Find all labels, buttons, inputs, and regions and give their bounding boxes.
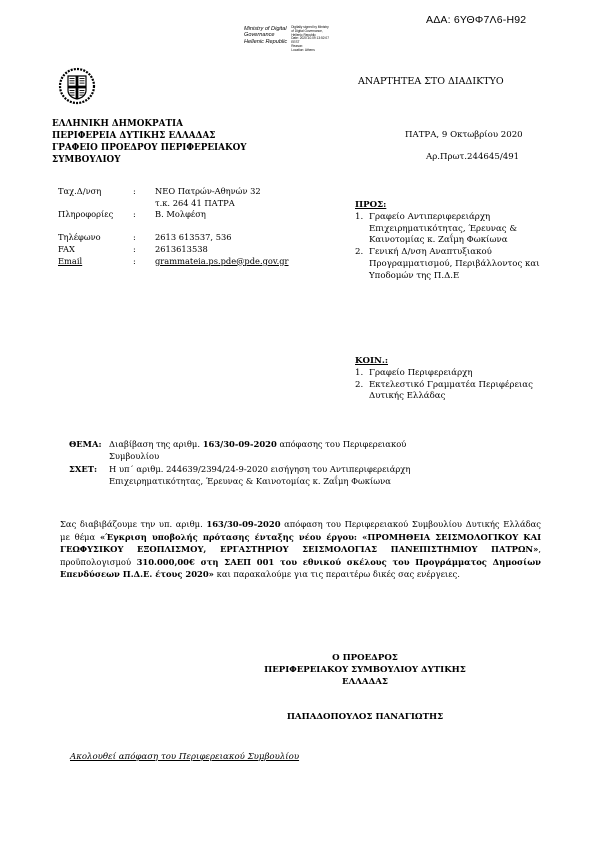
subject-row: ΘΕΜΑ: Διαβίβαση της αριθμ. 163/30-09-202… <box>69 438 410 450</box>
recipient-text: Γραφείο Αντιπεριφερειάρχη Επιχειρηματικό… <box>369 212 549 247</box>
signatory-title: Ο ΠΡΟΕΔΡΟΣ ΠΕΡΙΦΕΡΕΙΑΚΟΥ ΣΥΜΒΟΥΛΙΟΥ ΔΥΤΙ… <box>180 652 550 688</box>
postal-row: τ.κ. 264 41 ΠΑΤΡΑ <box>58 198 289 210</box>
issuer-line: Hellenic Republic <box>244 39 287 45</box>
info-row: Πληροφορίες : Β. Μολφέση <box>58 209 289 221</box>
body-text: και παρακαλούμε για τις περαιτέρω δικές … <box>214 569 460 579</box>
publish-online-note: ΑΝΑΡΤΗΤΕΑ ΣΤΟ ΔΙΑΔΙΚΤΥΟ <box>358 76 504 87</box>
protocol-number: Αρ.Πρωτ.244645/491 <box>426 152 519 162</box>
org-line: ΓΡΑΦΕΙΟ ΠΡΟΕΔΡΟΥ ΠΕΡΙΦΕΡΕΙΑΚΟΥ <box>52 142 247 154</box>
issuing-organization: ΕΛΛΗΝΙΚΗ ΔΗΜΟΚΡΑΤΙΑ ΠΕΡΙΦΕΡΕΙΑ ΔΥΤΙΚΗΣ Ε… <box>52 118 247 166</box>
phone-label: Τηλέφωνο <box>58 232 133 244</box>
org-line: ΕΛΛΗΝΙΚΗ ΔΗΜΟΚΡΑΤΙΑ <box>52 118 247 130</box>
reference-text: Η υπ΄ αριθμ. 244639/2394/24-9-2020 εισήγ… <box>109 463 410 475</box>
postal-value: τ.κ. 264 41 ΠΑΤΡΑ <box>155 198 235 210</box>
org-line: ΠΕΡΙΦΕΡΕΙΑ ΔΥΤΙΚΗΣ ΕΛΛΑΔΑΣ <box>52 130 247 142</box>
decision-number: 163/30-09-2020 <box>203 439 277 449</box>
recipients-list: ΠΡΟΣ: 1. Γραφείο Αντιπεριφερειάρχη Επιχε… <box>355 200 549 283</box>
fax-row: FAX : 2613613538 <box>58 244 289 256</box>
detail-line: Location: Athens <box>291 49 329 53</box>
cc-list: ΚΟΙΝ.: 1. Γραφείο Περιφερειάρχη 2. Εκτελ… <box>355 356 554 403</box>
ada-code: ΑΔΑ: 6ΥΘΦ7Λ6-Η92 <box>426 14 526 26</box>
cc-heading: ΚΟΙΝ.: <box>355 356 554 368</box>
fax-value: 2613613538 <box>155 244 208 256</box>
recipients-heading: ΠΡΟΣ: <box>355 200 549 212</box>
cc-item: 1. Γραφείο Περιφερειάρχη <box>355 368 554 380</box>
info-value: Β. Μολφέση <box>155 209 206 221</box>
separator: : <box>133 186 155 198</box>
greek-coat-of-arms-icon <box>58 66 96 106</box>
subject-label: ΘΕΜΑ: <box>69 438 109 450</box>
phone-row: Τηλέφωνο : 2613 613537, 536 <box>58 232 289 244</box>
signature-details: Digitally signed by Ministry of Digital … <box>291 26 329 53</box>
email-label: Email <box>58 256 133 268</box>
reference-row: ΣΧΕΤ: Η υπ΄ αριθμ. 244639/2394/24-9-2020… <box>69 463 410 475</box>
title-line: Ο ΠΡΟΕΔΡΟΣ <box>180 652 550 664</box>
body-text: Σας διαβιβάζουμε την υπ. αριθμ. <box>60 519 206 529</box>
item-number: 1. <box>355 212 369 247</box>
signature-issuer: Ministry of Digital Governance Hellenic … <box>244 26 287 53</box>
title-line: ΕΛΛΑΔΑΣ <box>180 676 550 688</box>
email-row: Email : grammateia.ps.pde@pde.gov.gr <box>58 256 289 268</box>
decision-number: 163/30-09-2020 <box>206 519 280 529</box>
subject-text: απόφασης του Περιφερειακού <box>277 439 407 449</box>
org-line: ΣΥΜΒΟΥΛΙΟΥ <box>52 154 247 166</box>
subject-text: Διαβίβαση της αριθμ. <box>109 439 203 449</box>
cc-text: Γραφείο Περιφερειάρχη <box>369 368 554 380</box>
separator: : <box>133 209 155 221</box>
title-line: ΠΕΡΙΦΕΡΕΙΑΚΟΥ ΣΥΜΒΟΥΛΙΟΥ ΔΥΤΙΚΗΣ <box>180 664 550 676</box>
body-paragraph: Σας διαβιβάζουμε την υπ. αριθμ. 163/30-0… <box>60 518 541 581</box>
address-label: Ταχ.Δ/νση <box>58 186 133 198</box>
reference-continuation: Επιχειρηματικότητας, Έρευνας & Καινοτομί… <box>69 475 410 487</box>
cc-item: 2. Εκτελεστικό Γραμματέα Περιφέρειας Δυτ… <box>355 380 554 404</box>
separator: : <box>133 232 155 244</box>
cc-text: Εκτελεστικό Γραμματέα Περιφέρειας Δυτική… <box>369 380 544 404</box>
attachment-note: Ακολουθεί απόφαση του Περιφερειακού Συμβ… <box>70 752 299 762</box>
item-number: 1. <box>355 368 369 380</box>
address-row: Ταχ.Δ/νση : ΝΕΟ Πατρών-Αθηνών 32 <box>58 186 289 198</box>
recipient-item: 1. Γραφείο Αντιπεριφερειάρχη Επιχειρηματ… <box>355 212 549 247</box>
document-date: ΠΑΤΡΑ, 9 Οκτωβρίου 2020 <box>405 130 523 140</box>
email-link[interactable]: grammateia.ps.pde@pde.gov.gr <box>155 256 289 268</box>
subject-block: ΘΕΜΑ: Διαβίβαση της αριθμ. 163/30-09-202… <box>69 438 410 488</box>
item-number: 2. <box>355 380 369 404</box>
contact-details: Ταχ.Δ/νση : ΝΕΟ Πατρών-Αθηνών 32 τ.κ. 26… <box>58 186 289 267</box>
fax-label: FAX <box>58 244 133 256</box>
address-value: ΝΕΟ Πατρών-Αθηνών 32 <box>155 186 261 198</box>
recipient-text: Γενική Δ/νση Αναπτυξιακού Προγραμματισμο… <box>369 247 549 282</box>
recipient-item: 2. Γενική Δ/νση Αναπτυξιακού Προγραμματι… <box>355 247 549 282</box>
separator: : <box>133 244 155 256</box>
project-title: «Έγκριση υποβολής πρότασης ένταξης νέου … <box>60 532 541 555</box>
digital-signature-stamp: Ministry of Digital Governance Hellenic … <box>244 26 329 53</box>
reference-label: ΣΧΕΤ: <box>69 463 109 475</box>
item-number: 2. <box>355 247 369 282</box>
separator: : <box>133 256 155 268</box>
signatory-name: ΠΑΠΑΔΟΠΟΥΛΟΣ ΠΑΝΑΓΙΩΤΗΣ <box>180 712 550 722</box>
info-label: Πληροφορίες <box>58 209 133 221</box>
phone-value: 2613 613537, 536 <box>155 232 232 244</box>
subject-continuation: Συμβουλίου <box>69 450 410 462</box>
